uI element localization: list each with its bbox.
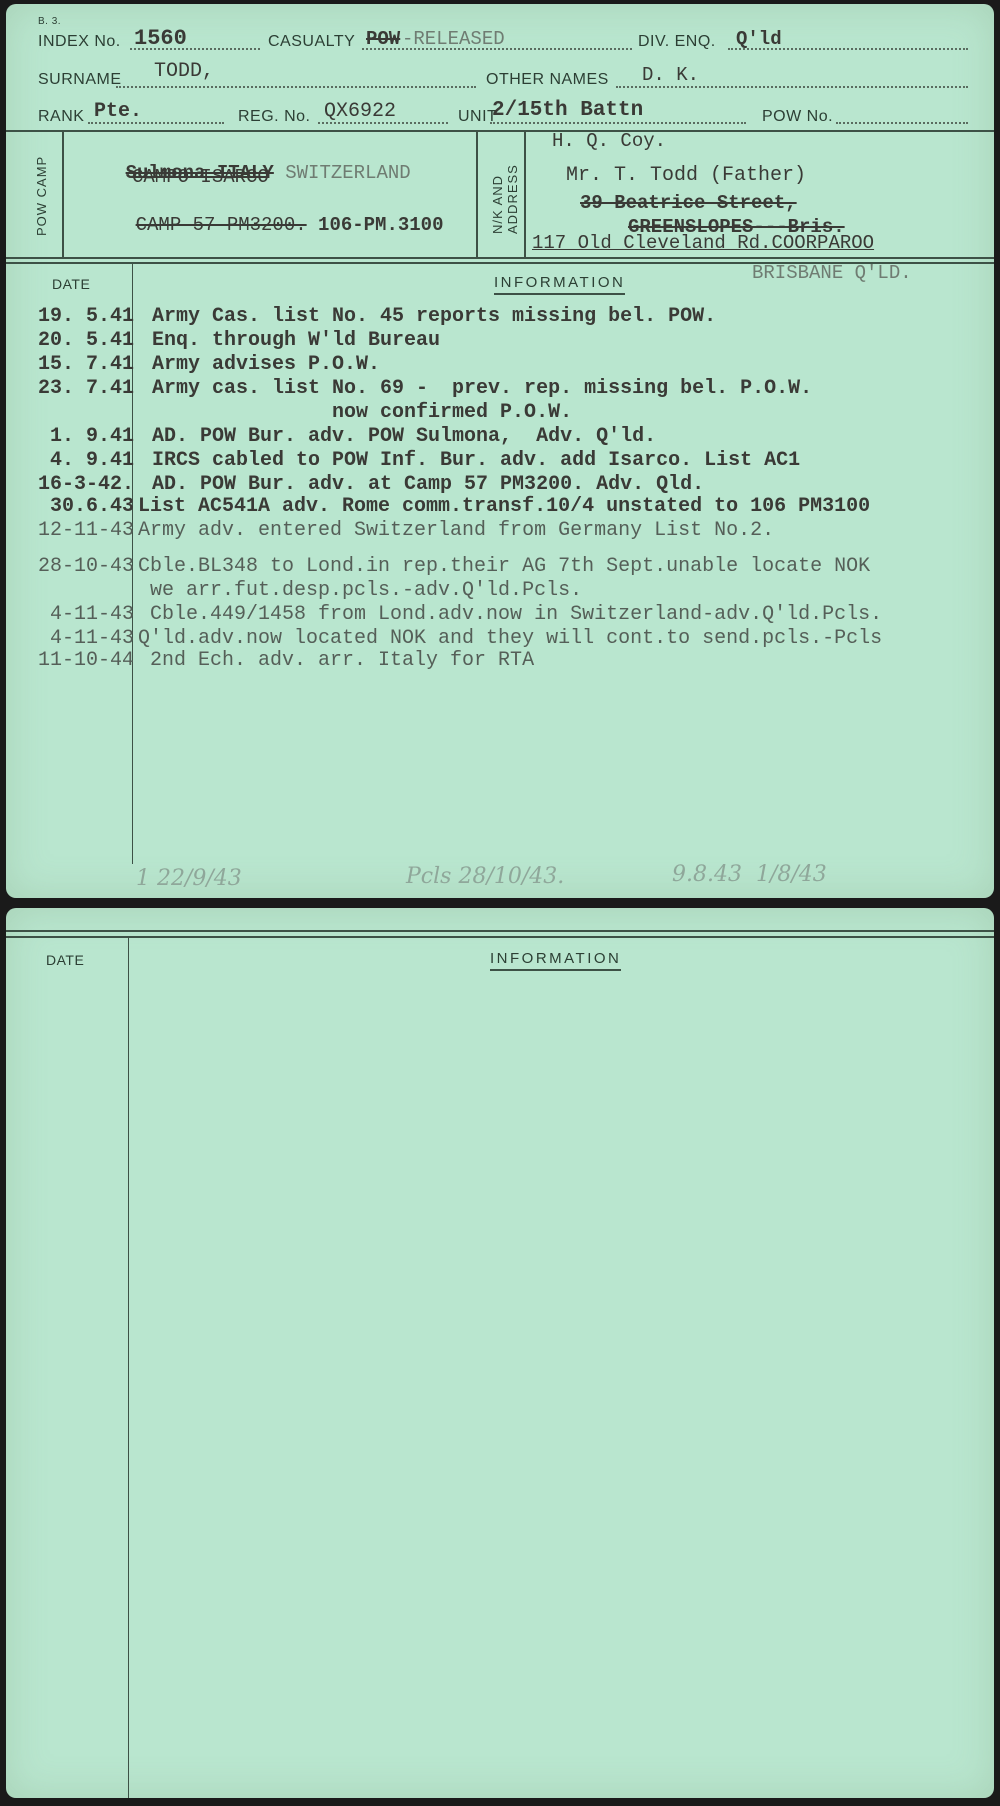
pencil-note-1: 1 22/9/43 xyxy=(136,866,242,891)
index-card-front: B. 3. INDEX No. 1560 CASUALTY POW -RELEA… xyxy=(6,4,994,898)
back-date-info-divider xyxy=(128,938,129,1798)
entry-info: now confirmed P.O.W. xyxy=(152,401,572,424)
camp-box-top-rule xyxy=(6,130,994,132)
pow-no-label: POW No. xyxy=(762,108,833,126)
other-names-value: D. K. xyxy=(642,64,699,86)
rank-dots xyxy=(88,122,224,124)
unit-dots xyxy=(490,122,746,124)
nok-new-street: 117 Old Cleveland Rd.COORPAROO xyxy=(532,232,874,254)
entry-info: we arr.fut.desp.pcls.-adv.Q'ld.Pcls. xyxy=(138,579,582,602)
back-top-rule-2 xyxy=(6,936,994,938)
pow-camp-label: POW CAMP xyxy=(34,156,49,236)
surname-value: TODD, xyxy=(154,60,214,83)
entry-info: Army adv. entered Switzerland from Germa… xyxy=(138,519,774,542)
entry-date: 11-10-44 xyxy=(6,649,134,672)
pencil-note-2: Pcls 28/10/43. xyxy=(406,864,564,889)
entry-info: Army cas. list No. 69 - prev. rep. missi… xyxy=(152,377,812,400)
back-date-column-header: DATE xyxy=(46,952,84,968)
entry-info: List AC541A adv. Rome comm.transf.10/4 u… xyxy=(138,495,870,518)
entry-info: Cble.449/1458 from Lond.adv.now in Switz… xyxy=(138,603,882,626)
back-information-column-header: INFORMATION xyxy=(490,950,621,971)
pow-camp-line-3: CAMP 57 PM3200. 106-PM.3100 xyxy=(90,192,443,258)
pencil-note-3: 9.8.43 1/8/43 xyxy=(672,862,827,887)
entry-info: Q'ld.adv.now located NOK and they will c… xyxy=(138,627,882,650)
casualty-dots xyxy=(362,48,632,50)
entry-info: Army advises P.O.W. xyxy=(152,353,380,376)
pow-no-dots xyxy=(836,122,968,124)
entry-date: 23. 7.41 xyxy=(6,377,134,400)
camp-address-divider xyxy=(476,131,478,257)
div-enq-dots xyxy=(728,48,968,50)
pow-camp-line-3-struck: CAMP 57 PM3200. xyxy=(136,214,307,236)
reg-no-value: QX6922 xyxy=(324,100,396,123)
surname-label: SURNAME xyxy=(38,71,122,89)
nok-label-line-2: ADDRESS xyxy=(505,164,520,234)
camp-box-bottom-rule-1 xyxy=(6,257,994,259)
casualty-value-struck: POW xyxy=(366,28,400,50)
date-column-header: DATE xyxy=(52,276,90,292)
rank-label: RANK xyxy=(38,108,84,126)
entry-date: 12-11-43 xyxy=(6,519,134,542)
entry-date: 4. 9.41 xyxy=(6,449,134,472)
reg-no-label: REG. No. xyxy=(238,108,310,126)
index-dots xyxy=(130,48,260,50)
nok-address-label: N/K AND ADDRESS xyxy=(490,164,520,234)
entry-date: 1. 9.41 xyxy=(6,425,134,448)
entry-info: AD. POW Bur. adv. at Camp 57 PM3200. Adv… xyxy=(152,473,704,496)
other-names-dots xyxy=(616,86,968,88)
entry-date: 4-11-43 xyxy=(6,627,134,650)
entry-date: 20. 5.41 xyxy=(6,329,134,352)
other-names-label: OTHER NAMES xyxy=(486,71,609,89)
entry-date: 4-11-43 xyxy=(6,603,134,626)
casualty-label: CASUALTY xyxy=(268,33,355,51)
pow-camp-line-3-current: 106-PM.3100 xyxy=(318,214,443,236)
entry-date: 15. 7.41 xyxy=(6,353,134,376)
entry-info: Enq. through W'ld Bureau xyxy=(152,329,440,352)
entry-info: Cble.BL348 to Lond.in rep.their AG 7th S… xyxy=(138,555,870,578)
index-label: INDEX No. xyxy=(38,33,121,51)
entry-date: 30.6.43 xyxy=(6,495,134,518)
information-column-header: INFORMATION xyxy=(494,274,625,295)
form-code: B. 3. xyxy=(38,16,61,27)
rank-value: Pte. xyxy=(94,100,142,123)
pow-camp-line-1-current: SWITZERLAND xyxy=(285,162,410,184)
entry-info: IRCS cabled to POW Inf. Bur. adv. add Is… xyxy=(152,449,800,472)
index-card-back: DATE INFORMATION xyxy=(6,908,994,1798)
back-top-rule-1 xyxy=(6,930,994,932)
entry-info: 2nd Ech. adv. arr. Italy for RTA xyxy=(138,649,534,672)
camp-label-divider xyxy=(62,131,64,257)
address-label-divider xyxy=(524,131,526,257)
entry-date: 28-10-43 xyxy=(6,555,134,578)
entry-date: 19. 5.41 xyxy=(6,305,134,328)
casualty-value: -RELEASED xyxy=(402,28,505,50)
entry-info: Army Cas. list No. 45 reports missing be… xyxy=(152,305,716,328)
nok-label-line-1: N/K AND xyxy=(490,175,505,234)
reg-no-dots xyxy=(318,122,448,124)
div-enq-label: DIV. ENQ. xyxy=(638,33,716,51)
nok-unit-line: H. Q. Coy. xyxy=(552,130,666,152)
div-enq-value: Q'ld xyxy=(736,28,782,50)
nok-name: Mr. T. Todd (Father) xyxy=(566,164,806,187)
surname-dots xyxy=(116,86,476,88)
camp-box-bottom-rule-2 xyxy=(6,262,994,264)
entry-date: 16-3-42. xyxy=(6,473,134,496)
entry-info: AD. POW Bur. adv. POW Sulmona, Adv. Q'ld… xyxy=(152,425,656,448)
unit-value: 2/15th Battn xyxy=(492,99,643,122)
pow-camp-line-2-struck: CAMPO ISARCO xyxy=(132,166,269,188)
nok-old-street: 39 Beatrice Street, xyxy=(580,192,797,214)
nok-new-city: BRISBANE Q'LD. xyxy=(752,262,912,284)
